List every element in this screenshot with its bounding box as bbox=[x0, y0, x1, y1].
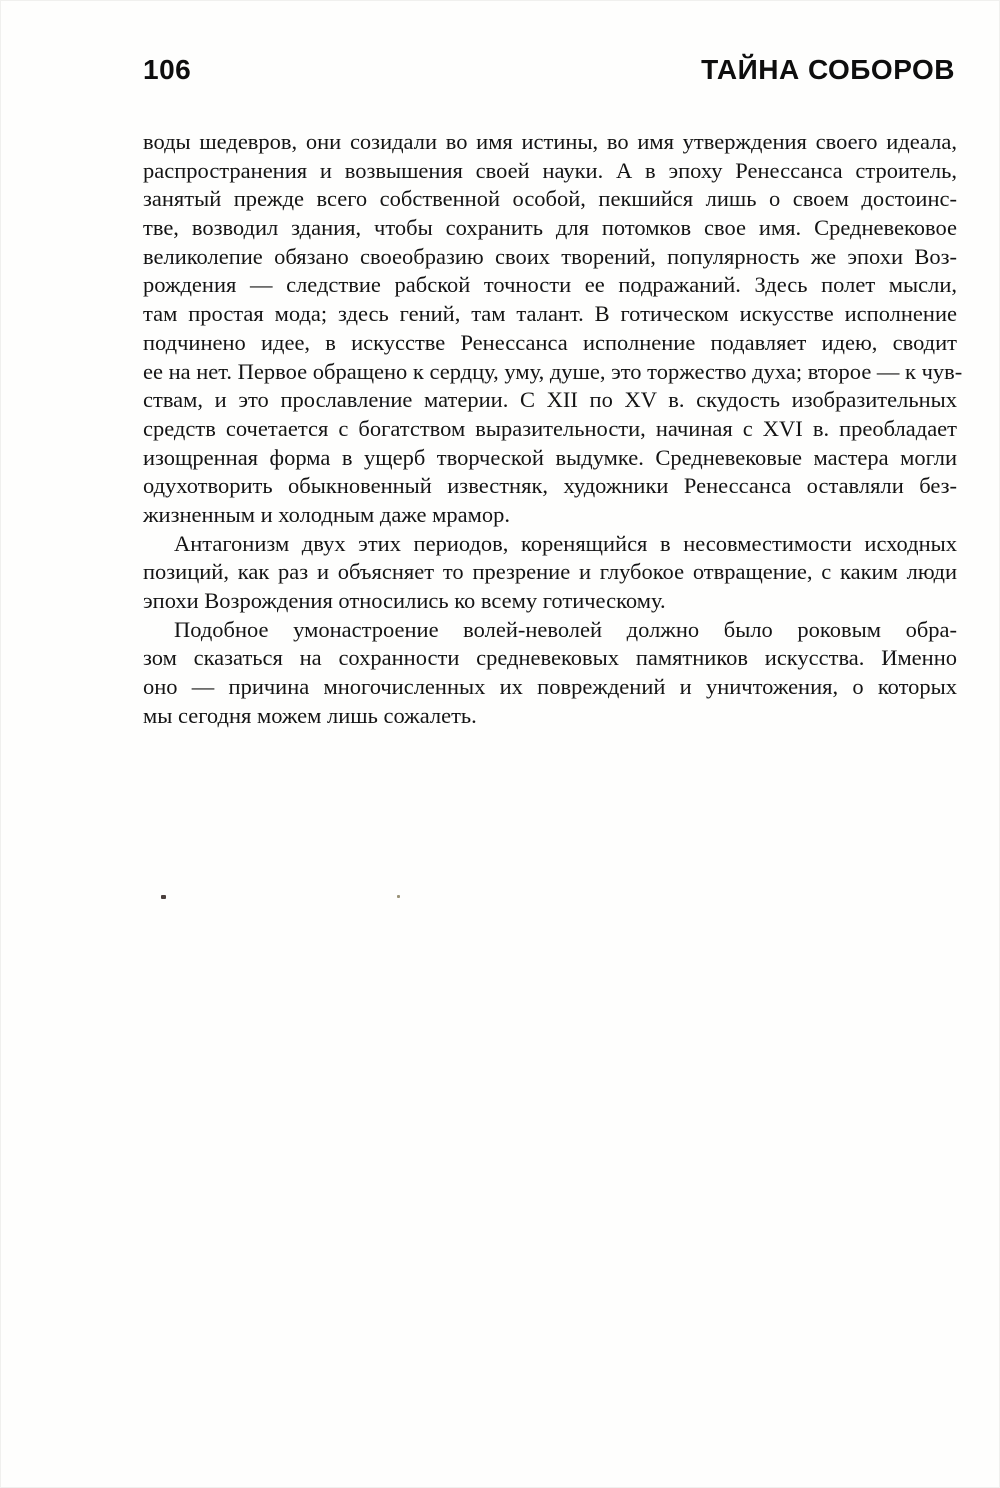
scan-dust-speck-left bbox=[161, 895, 166, 899]
text-line: зом сказаться на сохранности средневеков… bbox=[143, 644, 957, 673]
scan-dust-speck-right bbox=[397, 895, 400, 898]
text-line: рождения — следствие рабской точности ее… bbox=[143, 271, 957, 300]
text-line: распространения и возвышения своей науки… bbox=[143, 157, 957, 186]
text-line: одухотворить обыкновенный известняк, худ… bbox=[143, 472, 957, 501]
text-line: изощренная форма в ущерб творческой выду… bbox=[143, 444, 957, 473]
text-line: занятый прежде всего собственной особой,… bbox=[143, 185, 957, 214]
text-line: воды шедевров, они созидали во имя истин… bbox=[143, 128, 957, 157]
text-line: позиций, как раз и объясняет то презрени… bbox=[143, 558, 957, 587]
running-title: ТАЙНА СОБОРОВ bbox=[701, 54, 955, 86]
text-line: тве, возводил здания, чтобы сохранить дл… bbox=[143, 214, 957, 243]
paragraph: Подобное умонастроение волей-неволей дол… bbox=[143, 616, 957, 731]
text-line: Подобное умонастроение волей-неволей дол… bbox=[143, 616, 957, 645]
text-line: великолепие обязано своеобразию своих тв… bbox=[143, 243, 957, 272]
text-line: жизненным и холодным даже мрамор. bbox=[143, 501, 957, 530]
body-text: воды шедевров, они созидали во имя истин… bbox=[143, 128, 957, 730]
text-line: оно — причина многочисленных их поврежде… bbox=[143, 673, 957, 702]
text-line: подчинено идее, в искусстве Ренессанса и… bbox=[143, 329, 957, 358]
text-line: там простая мода; здесь гений, там талан… bbox=[143, 300, 957, 329]
text-line: Антагонизм двух этих периодов, коренящий… bbox=[143, 530, 957, 559]
text-line: средств сочетается с богатством выразите… bbox=[143, 415, 957, 444]
text-line: мы сегодня можем лишь сожалеть. bbox=[143, 702, 957, 731]
text-line: ее на нет. Первое обращено к сердцу, уму… bbox=[143, 358, 957, 387]
page-number: 106 bbox=[143, 54, 191, 86]
paragraph: Антагонизм двух этих периодов, коренящий… bbox=[143, 530, 957, 616]
running-head: 106 ТАЙНА СОБОРОВ bbox=[143, 54, 955, 86]
book-page: 106 ТАЙНА СОБОРОВ воды шедевров, они соз… bbox=[0, 0, 1000, 1488]
paragraph: воды шедевров, они созидали во имя истин… bbox=[143, 128, 957, 530]
text-line: эпохи Возрождения относились ко всему го… bbox=[143, 587, 957, 616]
text-line: ствам, и это прославление материи. С XII… bbox=[143, 386, 957, 415]
